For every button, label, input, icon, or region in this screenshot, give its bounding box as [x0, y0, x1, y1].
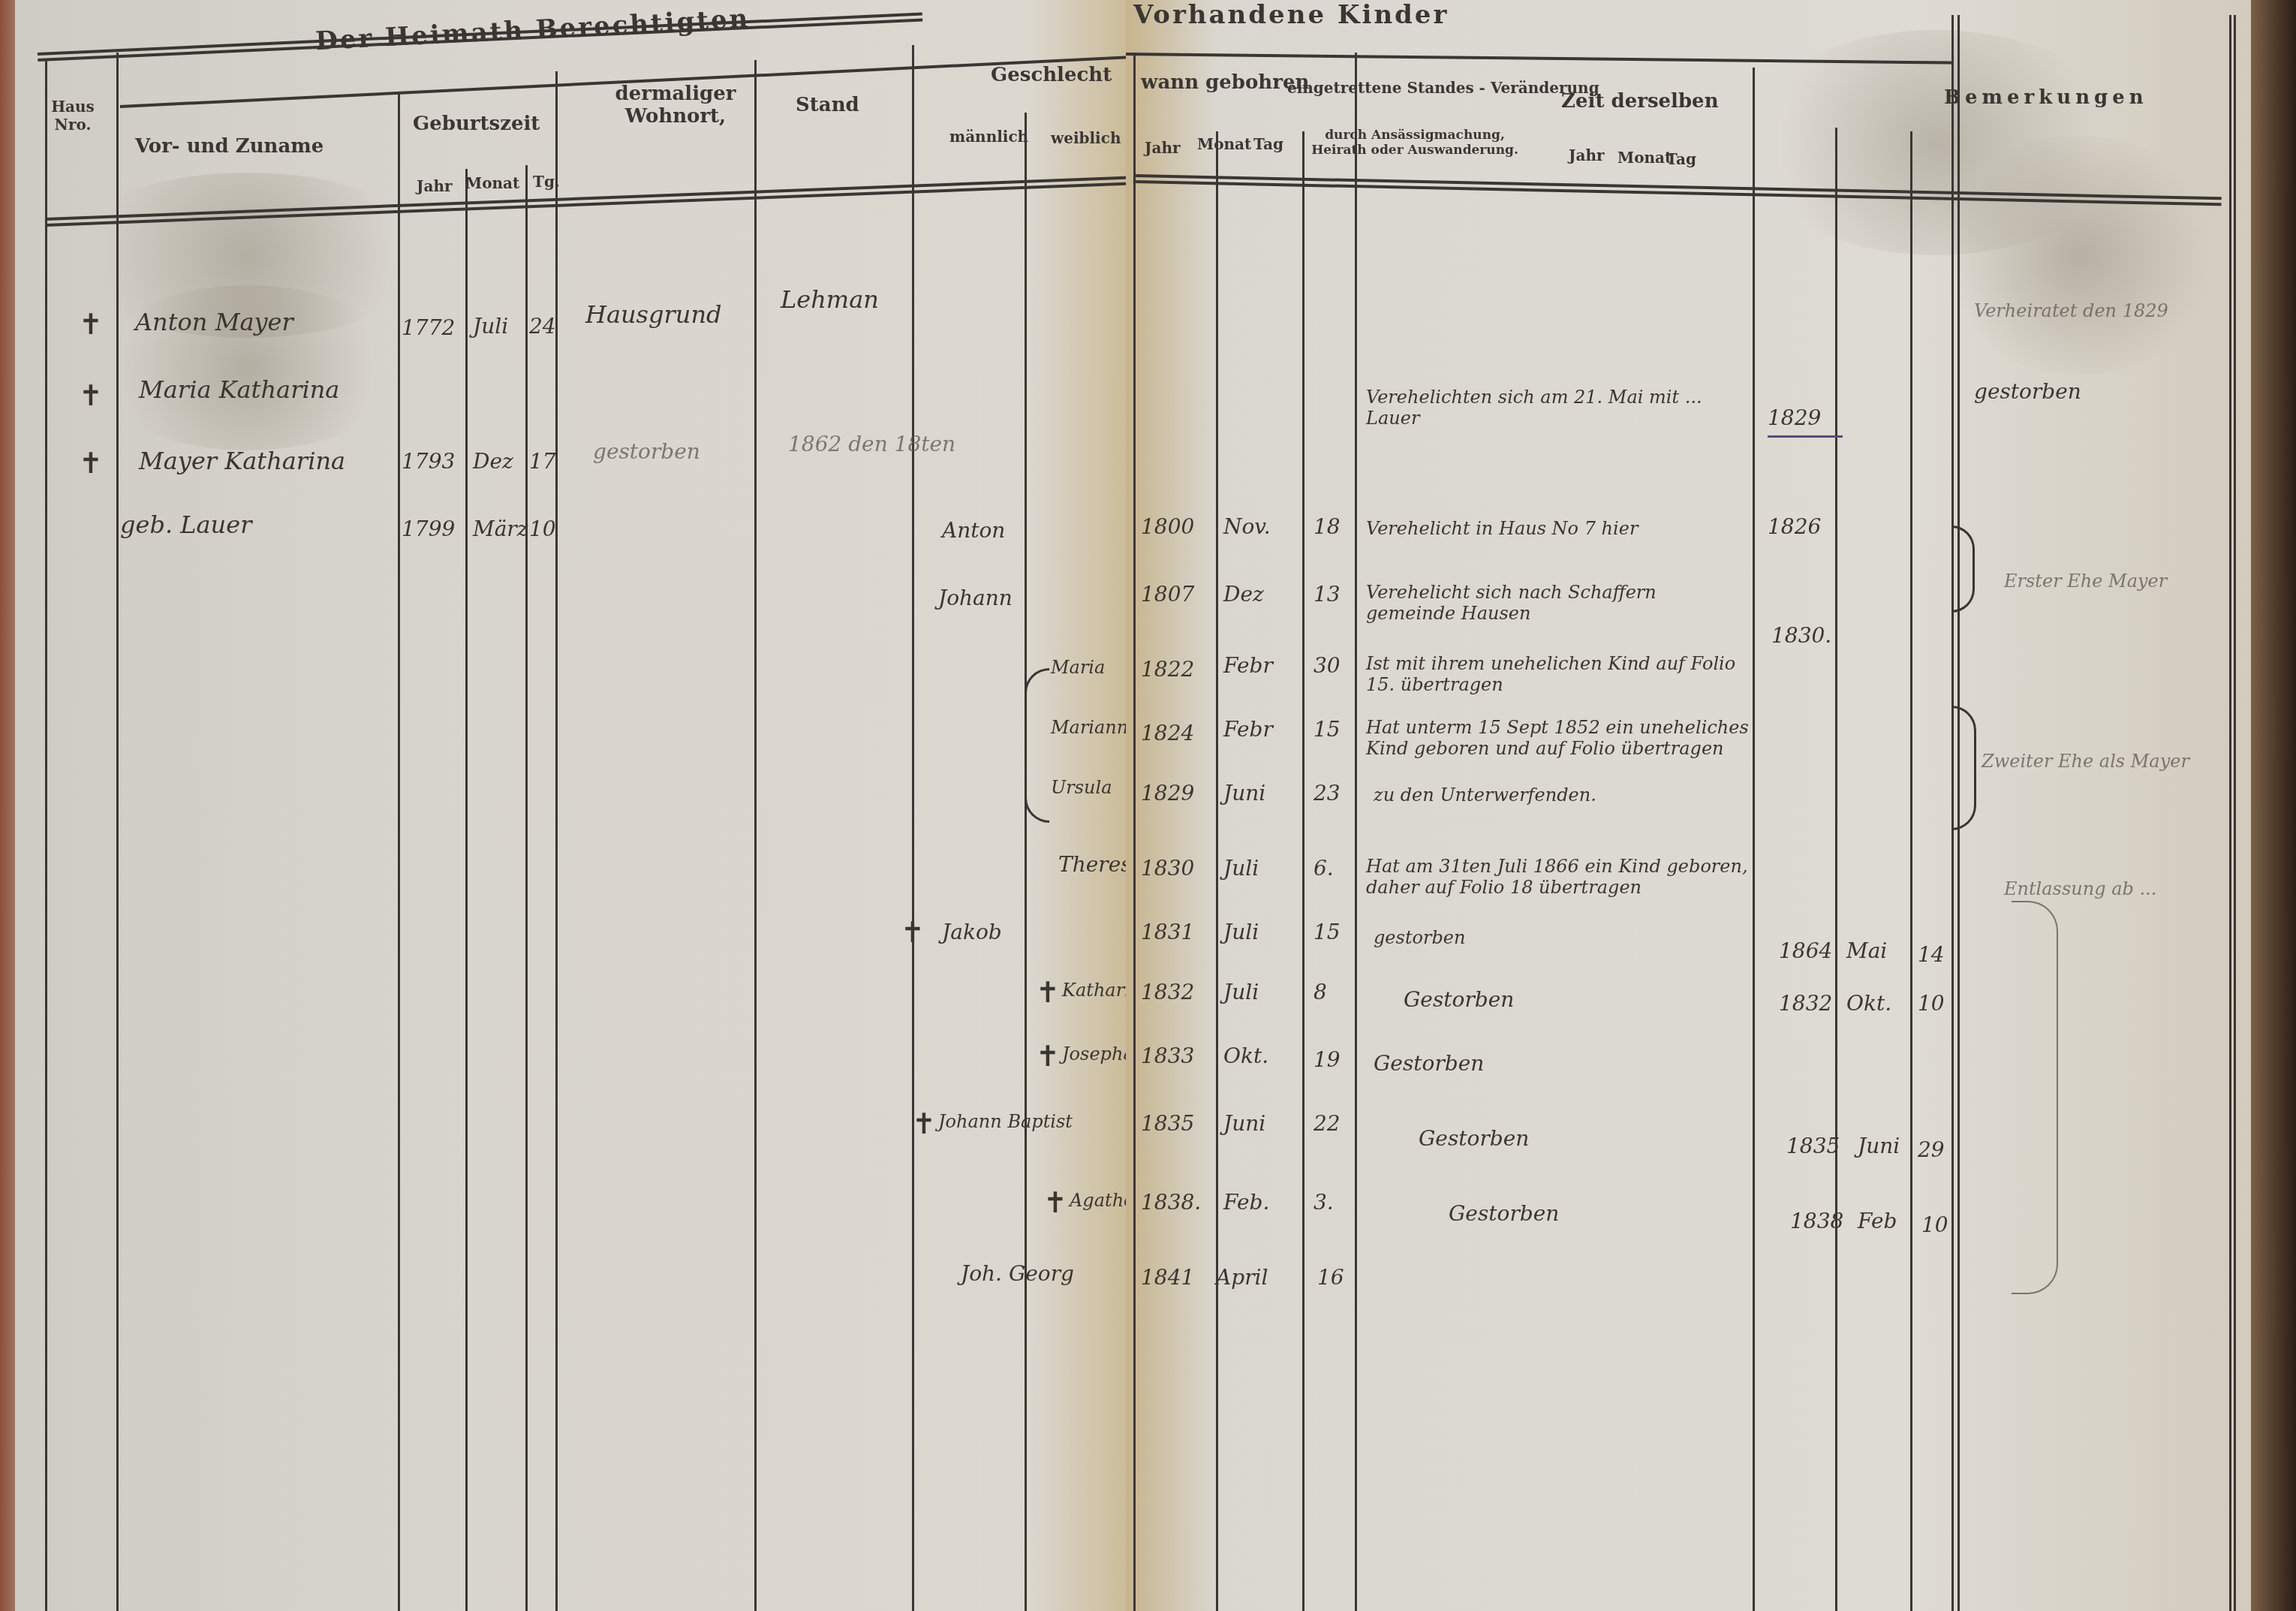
child-birth-day: 6.	[1314, 856, 1334, 881]
column-line	[398, 94, 400, 1611]
child-name: Ursula	[1051, 777, 1112, 798]
child-birth-day: 19	[1314, 1047, 1341, 1072]
child-birth-day: 15	[1314, 717, 1341, 742]
child-status-change: Gestorben	[1419, 1126, 1529, 1151]
child-name: Anton	[942, 518, 1005, 543]
child-birth-month: Nov.	[1223, 514, 1271, 539]
entry-stand: Lehman	[781, 285, 879, 314]
paper-stain	[1936, 135, 2222, 375]
child-name: Johann	[938, 586, 1013, 610]
column-line	[1835, 128, 1837, 1611]
column-line	[1025, 113, 1027, 1611]
child-birth-day: 30	[1314, 653, 1341, 678]
entry-name: Mayer Katharina	[139, 447, 345, 475]
change-day: 10	[1918, 991, 1945, 1016]
child-status-change: Gestorben	[1374, 1051, 1484, 1076]
book-edge-right	[2251, 0, 2296, 1611]
deceased-cross-icon: ✝	[901, 916, 925, 949]
child-birth-year: 1800	[1141, 514, 1194, 539]
col-maennlich: männlich	[949, 128, 1028, 146]
child-name: Jakob	[942, 920, 1002, 944]
column-line	[1753, 68, 1755, 1611]
deceased-cross-icon: ✝	[79, 379, 103, 412]
deceased-cross-icon: ✝	[1043, 1186, 1067, 1219]
col-zeit-monat: Monat	[1617, 149, 1672, 167]
entry-name: Anton Mayer	[135, 308, 293, 336]
child-status-change: Verehelicht in Haus No 7 hier	[1366, 518, 1638, 539]
column-line	[754, 60, 757, 1611]
sibling-brace	[1025, 668, 1049, 823]
child-status-change: Hat am 31ten Juli 1866 ein Kind geboren,…	[1366, 856, 1756, 898]
child-birth-year: 1830	[1141, 856, 1194, 881]
col-monat: Monat	[1197, 135, 1251, 153]
deceased-cross-icon: ✝	[79, 447, 103, 480]
child-birth-day: 23	[1314, 781, 1341, 805]
deceased-cross-icon: ✝	[1036, 976, 1060, 1009]
deceased-cross-icon: ✝	[1036, 1040, 1060, 1073]
col-bemerkungen: Bemerkungen	[1944, 86, 2148, 109]
remark-brace	[1951, 706, 1976, 830]
child-name: Joh. Georg	[961, 1261, 1074, 1286]
col-wohnort: dermaliger Wohnort,	[600, 83, 751, 128]
child-status-change: Hat unterm 15 Sept 1852 ein uneheliches …	[1366, 717, 1756, 759]
deceased-cross-icon: ✝	[79, 308, 103, 341]
child-birth-day: 8	[1314, 980, 1327, 1004]
child-birth-year: 1835	[1141, 1111, 1194, 1136]
column-line	[525, 165, 528, 1611]
change-year: 1835	[1786, 1134, 1840, 1158]
child-birth-day: 13	[1314, 582, 1341, 607]
child-birth-year: 1833	[1141, 1043, 1194, 1068]
change-year: 1864	[1779, 938, 1832, 963]
remark: Erster Ehe Mayer	[2004, 571, 2167, 592]
entry-birth-year: 1793	[402, 449, 455, 474]
marriage-note: Verehelichten sich am 21. Mai mit ... La…	[1366, 387, 1741, 429]
column-line	[1133, 53, 1136, 1611]
deceased-cross-icon: ✝	[912, 1107, 936, 1140]
child-birth-year: 1838.	[1141, 1190, 1201, 1215]
change-month: Mai	[1846, 938, 1887, 963]
change-day: 29	[1918, 1137, 1945, 1162]
child-status-change: Verehelicht sich nach Schaffern gemeinde…	[1366, 582, 1741, 624]
child-birth-month: Juni	[1223, 781, 1265, 805]
col-jahr: Jahr	[1145, 139, 1181, 157]
child-name: Johann Baptist	[938, 1111, 1073, 1132]
entry-name: geb. Lauer	[120, 510, 251, 539]
remark-brace	[1951, 525, 1975, 613]
child-birth-year: 1822	[1141, 657, 1194, 682]
column-line	[1216, 131, 1218, 1611]
col-weiblich: weiblich	[1051, 129, 1121, 147]
child-name: Josepha	[1062, 1043, 1134, 1064]
change-year: 1832	[1779, 991, 1832, 1016]
child-birth-day: 18	[1314, 514, 1341, 539]
col-zeit-tag: Tag	[1666, 150, 1696, 168]
col-geburtszeit-monat: Monat	[465, 174, 519, 192]
remark: Verheiratet den 1829	[1974, 300, 2168, 321]
col-haus-nro: Haus Nro.	[47, 98, 99, 134]
entry-birth-day: 10	[529, 516, 556, 541]
left-page: Der Heimath Berechtigten Haus Nro. Vor- …	[15, 0, 1141, 1611]
year-underline	[1768, 435, 1843, 438]
column-line	[1910, 131, 1912, 1611]
child-status-change: gestorben	[1374, 927, 1465, 948]
col-tag: Tag	[1253, 135, 1283, 153]
column-line	[555, 71, 558, 1611]
col-wann-gebohren: wann gebohren	[1141, 71, 1309, 94]
child-birth-year: 1824	[1141, 721, 1194, 745]
child-status-change: Ist mit ihrem unehelichen Kind auf Folio…	[1366, 653, 1741, 695]
column-line	[1302, 131, 1304, 1611]
child-birth-year: 1807	[1141, 582, 1194, 607]
change-month: Juni	[1858, 1134, 1900, 1158]
section-title-kinder: Vorhandene Kinder	[1133, 0, 1449, 30]
change-day: 10	[1921, 1212, 1948, 1237]
change-month: Okt.	[1846, 991, 1891, 1016]
child-birth-day: 3.	[1314, 1190, 1334, 1215]
section-title-heimath: Der Heimath Berechtigten	[314, 4, 751, 56]
entry-wohnort: Hausgrund	[585, 300, 722, 329]
child-birth-day: 15	[1314, 920, 1341, 944]
change-month: Feb	[1858, 1209, 1897, 1233]
remark: gestorben	[1974, 379, 2081, 404]
entry-name: Maria Katharina	[139, 375, 339, 404]
change-day: 14	[1918, 942, 1945, 967]
entry-stand: 1862 den 18ten	[788, 432, 955, 456]
change-year: 1826	[1768, 514, 1821, 539]
entry-birth-year: 1772	[402, 315, 455, 340]
child-birth-year: 1832	[1141, 980, 1194, 1004]
column-line	[1355, 53, 1357, 1611]
child-birth-month: Okt.	[1223, 1043, 1268, 1068]
child-birth-month: Febr	[1223, 717, 1273, 742]
col-veraenderung-sub: durch Ansässigmachung, Heirath oder Ausw…	[1302, 128, 1527, 158]
child-birth-year: 1831	[1141, 920, 1194, 944]
entry-birth-day: 24	[529, 314, 556, 339]
child-status-change: zu den Unterwerfenden.	[1374, 784, 1596, 805]
column-line	[912, 45, 914, 1611]
entry-birth-day: 17	[529, 449, 556, 474]
remark-brace	[2012, 901, 2058, 1294]
change-year: 1838	[1790, 1209, 1843, 1233]
entry-birth-month: Juli	[473, 314, 508, 339]
child-birth-month: Juli	[1223, 980, 1259, 1004]
child-birth-year: 1841	[1141, 1265, 1194, 1290]
column-line	[2229, 15, 2231, 1611]
entry-wohnort: gestorben	[593, 439, 700, 464]
child-status-change: Gestorben	[1404, 987, 1514, 1012]
child-birth-month: Feb.	[1223, 1190, 1269, 1215]
remark: Entlassung ab ...	[2004, 878, 2156, 899]
child-name: Maria	[1051, 657, 1105, 678]
child-birth-year: 1829	[1141, 781, 1194, 805]
col-name: Vor- und Zuname	[135, 135, 323, 158]
column-line	[45, 60, 47, 1611]
child-birth-month: Dez	[1223, 582, 1264, 607]
marriage-year: 1829	[1768, 405, 1821, 430]
entry-birth-month: Dez	[473, 449, 513, 474]
col-geburtszeit-jahr: Jahr	[417, 177, 453, 195]
col-geschlecht: Geschlecht	[991, 64, 1112, 86]
entry-birth-month: März	[473, 516, 528, 541]
col-zeit-derselben: Zeit derselben	[1561, 90, 1719, 113]
col-geburtszeit: Geburtszeit	[413, 113, 540, 135]
child-birth-month: Febr	[1223, 653, 1273, 678]
change-year: 1830.	[1771, 623, 1831, 648]
col-stand: Stand	[796, 94, 859, 116]
entry-birth-year: 1799	[402, 516, 455, 541]
child-birth-day: 16	[1317, 1265, 1344, 1290]
column-line	[116, 53, 119, 1611]
child-status-change: Gestorben	[1449, 1201, 1559, 1226]
child-birth-month: Juni	[1223, 1111, 1265, 1136]
child-birth-day: 22	[1314, 1111, 1341, 1136]
child-name: Agathe	[1070, 1190, 1134, 1211]
child-birth-month: Juli	[1223, 920, 1259, 944]
child-birth-month: Juli	[1223, 856, 1259, 881]
col-zeit-jahr: Jahr	[1569, 146, 1605, 164]
col-standes-veraenderung: eingetrettene Standes - Veränderung	[1287, 79, 1599, 97]
remark: Zweiter Ehe als Mayer	[1982, 751, 2189, 772]
right-page: Vorhandene Kinder wann gebohren Jahr Mon…	[1126, 0, 2259, 1611]
column-line	[465, 169, 468, 1611]
child-birth-month: April	[1216, 1265, 1268, 1290]
